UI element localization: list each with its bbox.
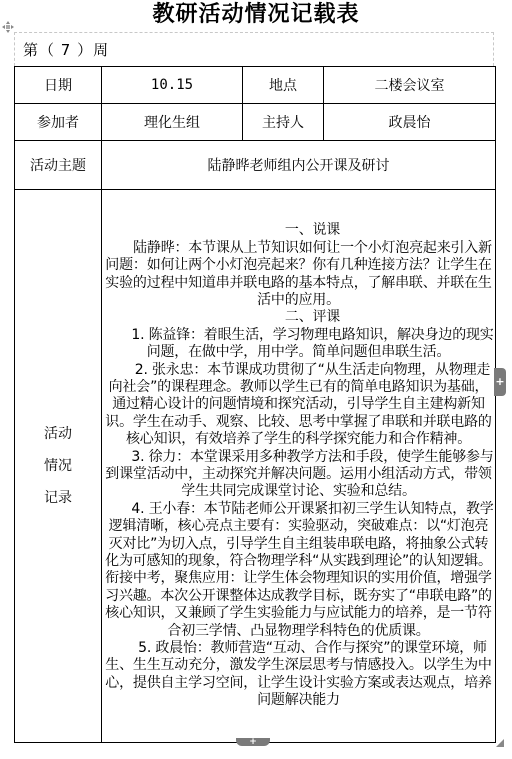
add-row-button[interactable]: +	[236, 738, 270, 746]
page-title: 教研活动情况记载表	[0, 0, 512, 28]
record-label-line: 记录	[15, 482, 101, 514]
section-heading-review: 二、评课	[102, 309, 495, 326]
date-label: 日期	[15, 67, 102, 104]
lecture-paragraph: 陆静晔：本节课从上节知识如何让一个小灯泡亮起来引入新问题：如何让两个小灯泡亮起来…	[102, 240, 495, 310]
date-value[interactable]: 10.15	[102, 67, 243, 104]
table-resize-handle-icon[interactable]	[496, 739, 504, 747]
record-label-line: 情况	[15, 450, 101, 482]
location-label: 地点	[243, 67, 324, 104]
table-move-handle-icon[interactable]	[2, 21, 14, 33]
location-value[interactable]: 二楼会议室	[324, 67, 496, 104]
participants-label: 参加者	[15, 104, 102, 141]
record-content[interactable]: 一、说课 陆静晔：本节课从上节知识如何让一个小灯泡亮起来引入新问题：如何让两个小…	[102, 190, 496, 743]
section-heading-lecture: 一、说课	[102, 222, 495, 239]
add-column-button[interactable]: +	[494, 368, 506, 396]
review-item: 5. 政晨怡：教师营造“互动、合作与探究”的课堂环境，师生、生生互动充分，激发学…	[102, 640, 495, 710]
host-value[interactable]: 政晨怡	[324, 104, 496, 141]
review-item: 4. 王小春：本节陆老师公开课紧扣初三学生认知特点，教学逻辑清晰，核心亮点主要有…	[102, 501, 495, 640]
theme-label: 活动主题	[15, 141, 102, 190]
record-label: 活动 情况 记录	[15, 190, 102, 743]
table-row: 日期 10.15 地点 二楼会议室	[15, 67, 496, 104]
review-item: 2. 张永忠：本节课成功贯彻了“从生活走向物理，从物理走向社会”的课程理念。教师…	[102, 362, 495, 449]
host-label: 主持人	[243, 104, 324, 141]
table-row: 活动主题 陆静晔老师组内公开课及研讨	[15, 141, 496, 190]
week-row: 第（ 7 ）周	[14, 32, 494, 66]
review-item: 3. 徐力：本堂课采用多种教学方法和手段，使学生能够参与到课堂活动中，主动探究并…	[102, 449, 495, 501]
week-label[interactable]: 第（ 7 ）周	[23, 39, 109, 60]
table-row: 参加者 理化生组 主持人 政晨怡	[15, 104, 496, 141]
activity-record-table: 日期 10.15 地点 二楼会议室 参加者 理化生组 主持人 政晨怡 活动主题 …	[14, 66, 496, 743]
record-label-line: 活动	[15, 418, 101, 450]
review-item: 1. 陈益锋：着眼生活，学习物理电路知识，解决身边的现实问题，在做中学，用中学。…	[102, 327, 495, 362]
table-row: 活动 情况 记录 一、说课 陆静晔：本节课从上节知识如何让一个小灯泡亮起来引入新…	[15, 190, 496, 743]
theme-value[interactable]: 陆静晔老师组内公开课及研讨	[102, 141, 496, 190]
participants-value[interactable]: 理化生组	[102, 104, 243, 141]
